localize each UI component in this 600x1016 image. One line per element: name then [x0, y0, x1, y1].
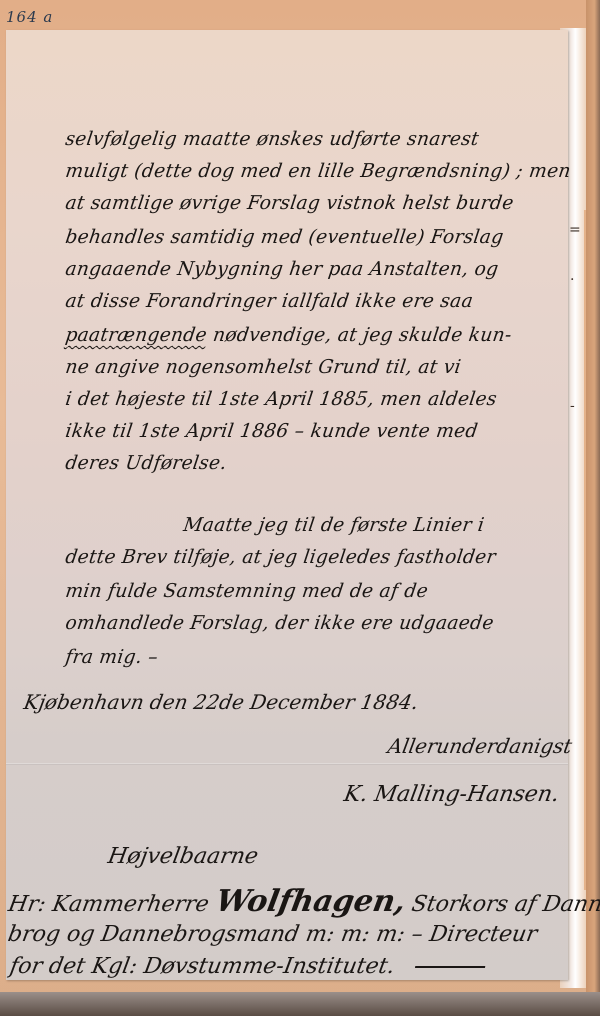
- body-line-11: deres Udførelse.: [64, 452, 228, 474]
- body-line-9: i det højeste til 1ste April 1885, men a…: [64, 388, 498, 410]
- para2-line-2: dette Brev tilføje, at jeg ligeledes fas…: [64, 546, 497, 568]
- address-institution: for det Kgl: Døvstumme-Institutet.: [8, 954, 397, 979]
- para2-line-4: omhandlede Forslag, der ikke ere udgaaed…: [64, 612, 495, 634]
- margin-mark-3: -: [570, 398, 575, 414]
- body-line-8: ne angive nogensomhelst Grund til, at vi: [64, 356, 462, 378]
- signature: K. Malling-Hansen.: [342, 782, 561, 807]
- para2-line-3: min fulde Samstemning med de af de: [64, 580, 429, 602]
- addressee-name: Wolfhagen,: [213, 884, 408, 919]
- body-line-2: muligt (dette dog med en lille Begrændsn…: [64, 160, 572, 182]
- folder-right-edge: [586, 0, 600, 1016]
- body-line-3: at samtlige øvrige Forslag vistnok helst…: [64, 192, 515, 214]
- body-line-5: angaaende Nybygning her paa Anstalten, o…: [64, 258, 500, 280]
- letter-sheet: selvfølgelig maatte ønskes udførte snare…: [6, 30, 568, 980]
- body-line-1: selvfølgelig maatte ønskes udførte snare…: [64, 128, 480, 150]
- body-line-7-rest: nødvendige, at jeg skulde kun-: [212, 324, 514, 346]
- body-line-4: behandles samtidig med (eventuelle) Fors…: [64, 226, 505, 248]
- closing-phrase: Allerunderdanigst: [386, 734, 574, 758]
- body-line-6: at disse Forandringer iallfald ikke ere …: [64, 290, 475, 312]
- scan-bottom-edge: [0, 992, 600, 1016]
- address-salutation: Højvelbaarne: [106, 844, 260, 869]
- para2-line-1: Maatte jeg til de første Linier i: [182, 514, 486, 536]
- closing-dash-rule: [415, 966, 485, 968]
- archive-page-number: 164 a: [6, 8, 53, 26]
- margin-mark-1: =: [569, 222, 581, 238]
- date-line: Kjøbenhavn den 22de December 1884.: [22, 690, 420, 714]
- para2-line-5: fra mig. –: [64, 646, 159, 668]
- address-line-1: Hr: Kammerherre Wolfhagen, Storkors af D…: [6, 884, 600, 919]
- body-line-7: paatrængende nødvendige, at jeg skulde k…: [64, 324, 513, 346]
- address-title: Hr: Kammerherre: [6, 892, 211, 917]
- address-order: Storkors af Danne-: [410, 892, 600, 917]
- body-line-10: ikke til 1ste April 1886 – kunde vente m…: [64, 420, 479, 442]
- margin-mark-2: .: [570, 268, 574, 284]
- address-line-3: for det Kgl: Døvstumme-Institutet.: [8, 954, 488, 979]
- underlined-word: paatrængende: [64, 324, 208, 346]
- address-line-2: brog og Dannebrogsmand m: m: m: – Direct…: [6, 922, 539, 947]
- document-scene: 164 a selvfølgelig maatte ønskes udførte…: [0, 0, 600, 1016]
- paper-fold-line: [6, 763, 568, 765]
